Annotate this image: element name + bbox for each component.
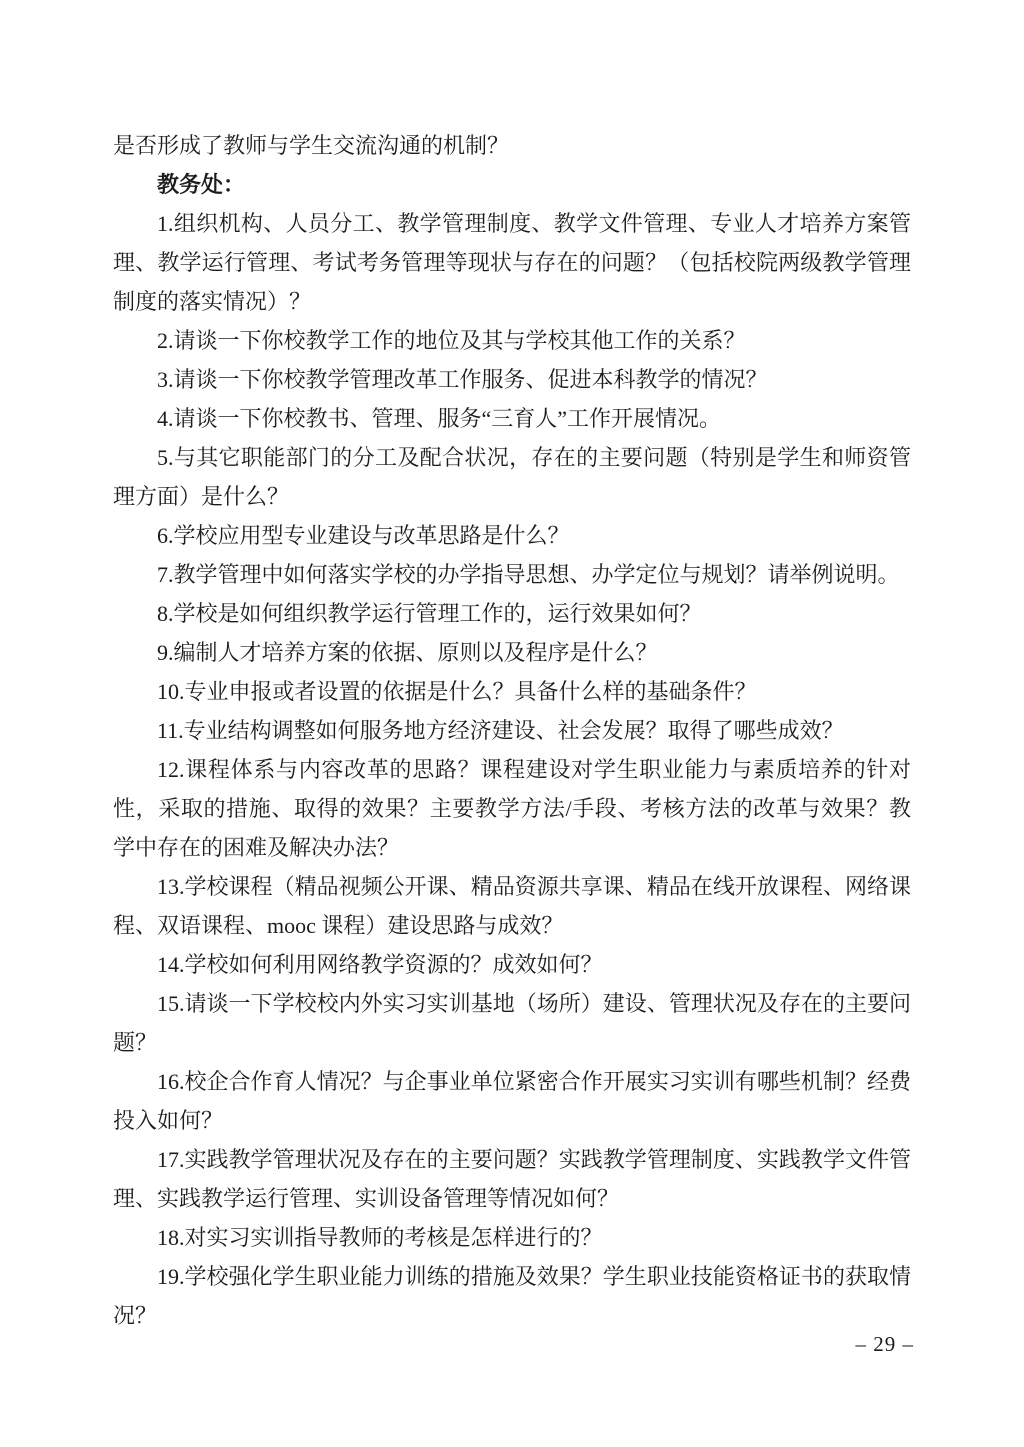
question-15: 15.请谈一下学校校内外实习实训基地（场所）建设、管理状况及存在的主要问题？ [113, 984, 911, 1062]
question-3: 3.请谈一下你校教学管理改革工作服务、促进本科教学的情况？ [113, 360, 911, 399]
document-page: 是否形成了教师与学生交流沟通的机制？ 教务处： 1.组织机构、人员分工、教学管理… [0, 0, 1024, 1447]
question-7: 7.教学管理中如何落实学校的办学指导思想、办学定位与规划？请举例说明。 [113, 555, 911, 594]
question-4: 4.请谈一下你校教书、管理、服务“三育人”工作开展情况。 [113, 399, 911, 438]
question-18: 18.对实习实训指导教师的考核是怎样进行的？ [113, 1218, 911, 1257]
continuation-line: 是否形成了教师与学生交流沟通的机制？ [113, 126, 911, 165]
question-9: 9.编制人才培养方案的依据、原则以及程序是什么？ [113, 633, 911, 672]
question-5: 5.与其它职能部门的分工及配合状况，存在的主要问题（特别是学生和师资管理方面）是… [113, 438, 911, 516]
question-12: 12.课程体系与内容改革的思路？课程建设对学生职业能力与素质培养的针对性，采取的… [113, 750, 911, 867]
section-heading: 教务处： [113, 165, 911, 204]
question-13: 13.学校课程（精品视频公开课、精品资源共享课、精品在线开放课程、网络课程、双语… [113, 867, 911, 945]
document-body: 是否形成了教师与学生交流沟通的机制？ 教务处： 1.组织机构、人员分工、教学管理… [113, 126, 911, 1335]
question-8: 8.学校是如何组织教学运行管理工作的，运行效果如何？ [113, 594, 911, 633]
question-17: 17.实践教学管理状况及存在的主要问题？实践教学管理制度、实践教学文件管理、实践… [113, 1140, 911, 1218]
question-14: 14.学校如何利用网络教学资源的？成效如何？ [113, 945, 911, 984]
question-10: 10.专业申报或者设置的依据是什么？具备什么样的基础条件？ [113, 672, 911, 711]
question-11: 11.专业结构调整如何服务地方经济建设、社会发展？取得了哪些成效？ [113, 711, 911, 750]
question-6: 6.学校应用型专业建设与改革思路是什么？ [113, 516, 911, 555]
page-number: – 29 – [856, 1332, 915, 1357]
question-2: 2.请谈一下你校教学工作的地位及其与学校其他工作的关系？ [113, 321, 911, 360]
question-1: 1.组织机构、人员分工、教学管理制度、教学文件管理、专业人才培养方案管理、教学运… [113, 204, 911, 321]
question-19: 19.学校强化学生职业能力训练的措施及效果？学生职业技能资格证书的获取情况？ [113, 1257, 911, 1335]
question-16: 16.校企合作育人情况？与企事业单位紧密合作开展实习实训有哪些机制？经费投入如何… [113, 1062, 911, 1140]
